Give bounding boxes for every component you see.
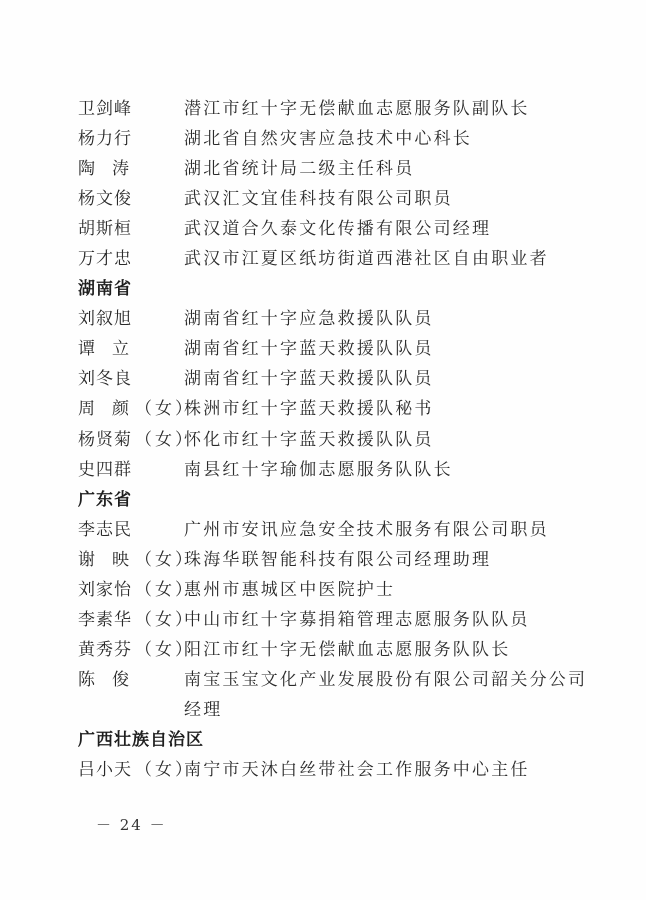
person-name: 刘家怡 <box>78 575 132 605</box>
person-role: 武汉汇文宜佳科技有限公司职员 <box>184 184 453 214</box>
person-role: 湖北省统计局二级主任科员 <box>184 154 414 184</box>
person-role: 惠州市惠城区中医院护士 <box>184 575 395 605</box>
person-role: 湖南省红十字蓝天救援队队员 <box>184 364 434 394</box>
list-item: 李素华 （女） 中山市红十字募捐箱管理志愿服务队队员 <box>78 605 598 635</box>
list-item: 杨贤菊 （女） 怀化市红十字蓝天救援队队员 <box>78 425 598 455</box>
person-name: 周 颜 <box>78 394 129 424</box>
person-role: 武汉市江夏区纸坊街道西港社区自由职业者 <box>184 244 549 274</box>
list-item: 刘家怡 （女） 惠州市惠城区中医院护士 <box>78 575 598 605</box>
list-item: 卫剑峰 潜江市红十字无偿献血志愿服务队副队长 <box>78 94 598 124</box>
person-name: 黄秀芬 <box>78 635 132 665</box>
person-role: 株洲市红十字蓝天救援队秘书 <box>184 394 434 424</box>
section-heading-hunan: 湖南省 <box>78 274 598 304</box>
person-name: 杨力行 <box>78 124 132 154</box>
list-item: 谢 映 （女） 珠海华联智能科技有限公司经理助理 <box>78 545 598 575</box>
list-item: 刘叙旭 湖南省红十字应急救援队队员 <box>78 304 598 334</box>
list-item: 陶 涛 湖北省统计局二级主任科员 <box>78 154 598 184</box>
person-name: 谭 立 <box>78 334 129 364</box>
person-role: 广州市安讯应急安全技术服务有限公司职员 <box>184 515 549 545</box>
person-role: 湖南省红十字应急救援队队员 <box>184 304 434 334</box>
person-name: 史四群 <box>78 455 132 485</box>
person-role: 中山市红十字募捐箱管理志愿服务队队员 <box>184 605 530 635</box>
document-page: 卫剑峰 潜江市红十字无偿献血志愿服务队副队长 杨力行 湖北省自然灾害应急技术中心… <box>0 0 646 900</box>
list-item: 黄秀芬 （女） 阳江市红十字无偿献血志愿服务队队长 <box>78 635 598 665</box>
person-role: 阳江市红十字无偿献血志愿服务队队长 <box>184 635 510 665</box>
person-role: 南宁市天沐白丝带社会工作服务中心主任 <box>184 755 530 785</box>
person-role: 怀化市红十字蓝天救援队队员 <box>184 425 434 455</box>
person-name: 杨文俊 <box>78 184 132 214</box>
person-role: 潜江市红十字无偿献血志愿服务队副队长 <box>184 94 530 124</box>
person-name: 万才忠 <box>78 244 132 274</box>
person-role: 湖南省红十字蓝天救援队队员 <box>184 334 434 364</box>
person-name: 杨贤菊 <box>78 425 132 455</box>
list-item: 谭 立 湖南省红十字蓝天救援队队员 <box>78 334 598 364</box>
person-name: 胡斯桓 <box>78 214 132 244</box>
person-name: 吕小天 <box>78 755 132 785</box>
person-role-continuation: 经理 <box>184 695 222 725</box>
list-item: 陈 俊 南宝玉宝文化产业发展股份有限公司韶关分公司 <box>78 665 598 695</box>
person-role: 南宝玉宝文化产业发展股份有限公司韶关分公司 <box>184 665 587 695</box>
person-name: 谢 映 <box>78 545 129 575</box>
person-name: 陈 俊 <box>78 665 129 695</box>
page-number: － 24 － <box>96 814 167 835</box>
person-name: 陶 涛 <box>78 154 129 184</box>
section-heading-guangdong: 广东省 <box>78 485 598 515</box>
list-item: 周 颜 （女） 株洲市红十字蓝天救援队秘书 <box>78 394 598 424</box>
list-item: 万才忠 武汉市江夏区纸坊街道西港社区自由职业者 <box>78 244 598 274</box>
honoree-list: 卫剑峰 潜江市红十字无偿献血志愿服务队副队长 杨力行 湖北省自然灾害应急技术中心… <box>78 94 598 785</box>
person-name: 刘叙旭 <box>78 304 132 334</box>
list-item: 史四群 南县红十字瑜伽志愿服务队队长 <box>78 455 598 485</box>
list-item-continuation: 经理 <box>78 695 598 725</box>
person-role: 湖北省自然灾害应急技术中心科长 <box>184 124 472 154</box>
person-name: 李志民 <box>78 515 132 545</box>
person-name: 刘冬良 <box>78 364 132 394</box>
person-role: 珠海华联智能科技有限公司经理助理 <box>184 545 491 575</box>
person-role: 南县红十字瑜伽志愿服务队队长 <box>184 455 453 485</box>
person-name: 卫剑峰 <box>78 94 132 124</box>
list-item: 刘冬良 湖南省红十字蓝天救援队队员 <box>78 364 598 394</box>
person-role: 武汉道合久泰文化传播有限公司经理 <box>184 214 491 244</box>
person-name: 李素华 <box>78 605 132 635</box>
list-item: 杨力行 湖北省自然灾害应急技术中心科长 <box>78 124 598 154</box>
list-item: 胡斯桓 武汉道合久泰文化传播有限公司经理 <box>78 214 598 244</box>
list-item: 李志民 广州市安讯应急安全技术服务有限公司职员 <box>78 515 598 545</box>
list-item: 杨文俊 武汉汇文宜佳科技有限公司职员 <box>78 184 598 214</box>
section-heading-guangxi: 广西壮族自治区 <box>78 725 598 755</box>
list-item: 吕小天 （女） 南宁市天沐白丝带社会工作服务中心主任 <box>78 755 598 785</box>
